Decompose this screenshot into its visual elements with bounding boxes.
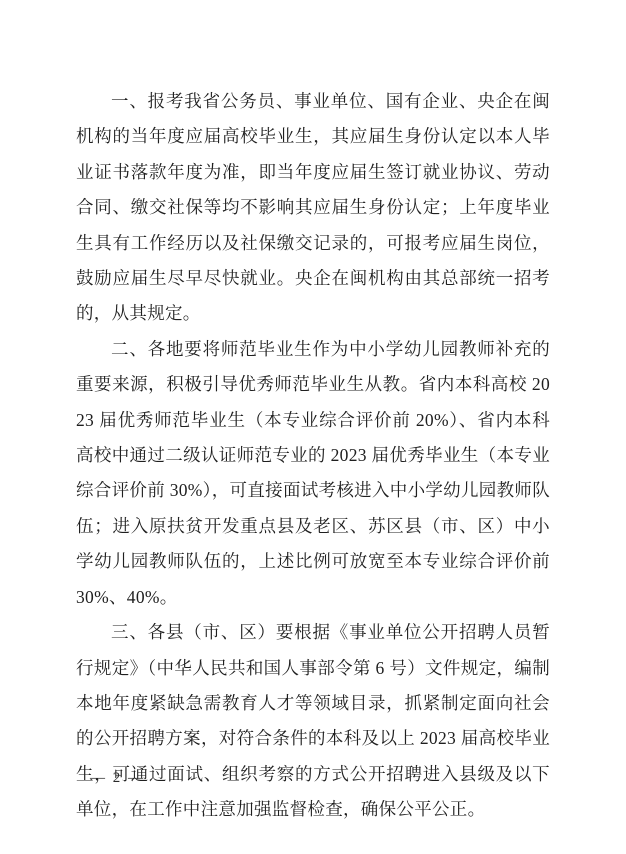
document-body: 一、报考我省公务员、事业单位、国有企业、央企在闽机构的当年度应届高校毕业生，其应…	[76, 84, 550, 828]
paragraph-3: 三、各县（市、区）要根据《事业单位公开招聘人员暂行规定》（中华人民共和国人事部令…	[76, 615, 550, 827]
paragraph-2: 二、各地要将师范毕业生作为中小学幼儿园教师补充的重要来源，积极引导优秀师范毕业生…	[76, 332, 550, 615]
page-number: — 2 —	[90, 770, 145, 787]
document-page: 一、报考我省公务员、事业单位、国有企业、央企在闽机构的当年度应届高校毕业生，其应…	[0, 0, 626, 854]
paragraph-1: 一、报考我省公务员、事业单位、国有企业、央企在闽机构的当年度应届高校毕业生，其应…	[76, 84, 550, 332]
